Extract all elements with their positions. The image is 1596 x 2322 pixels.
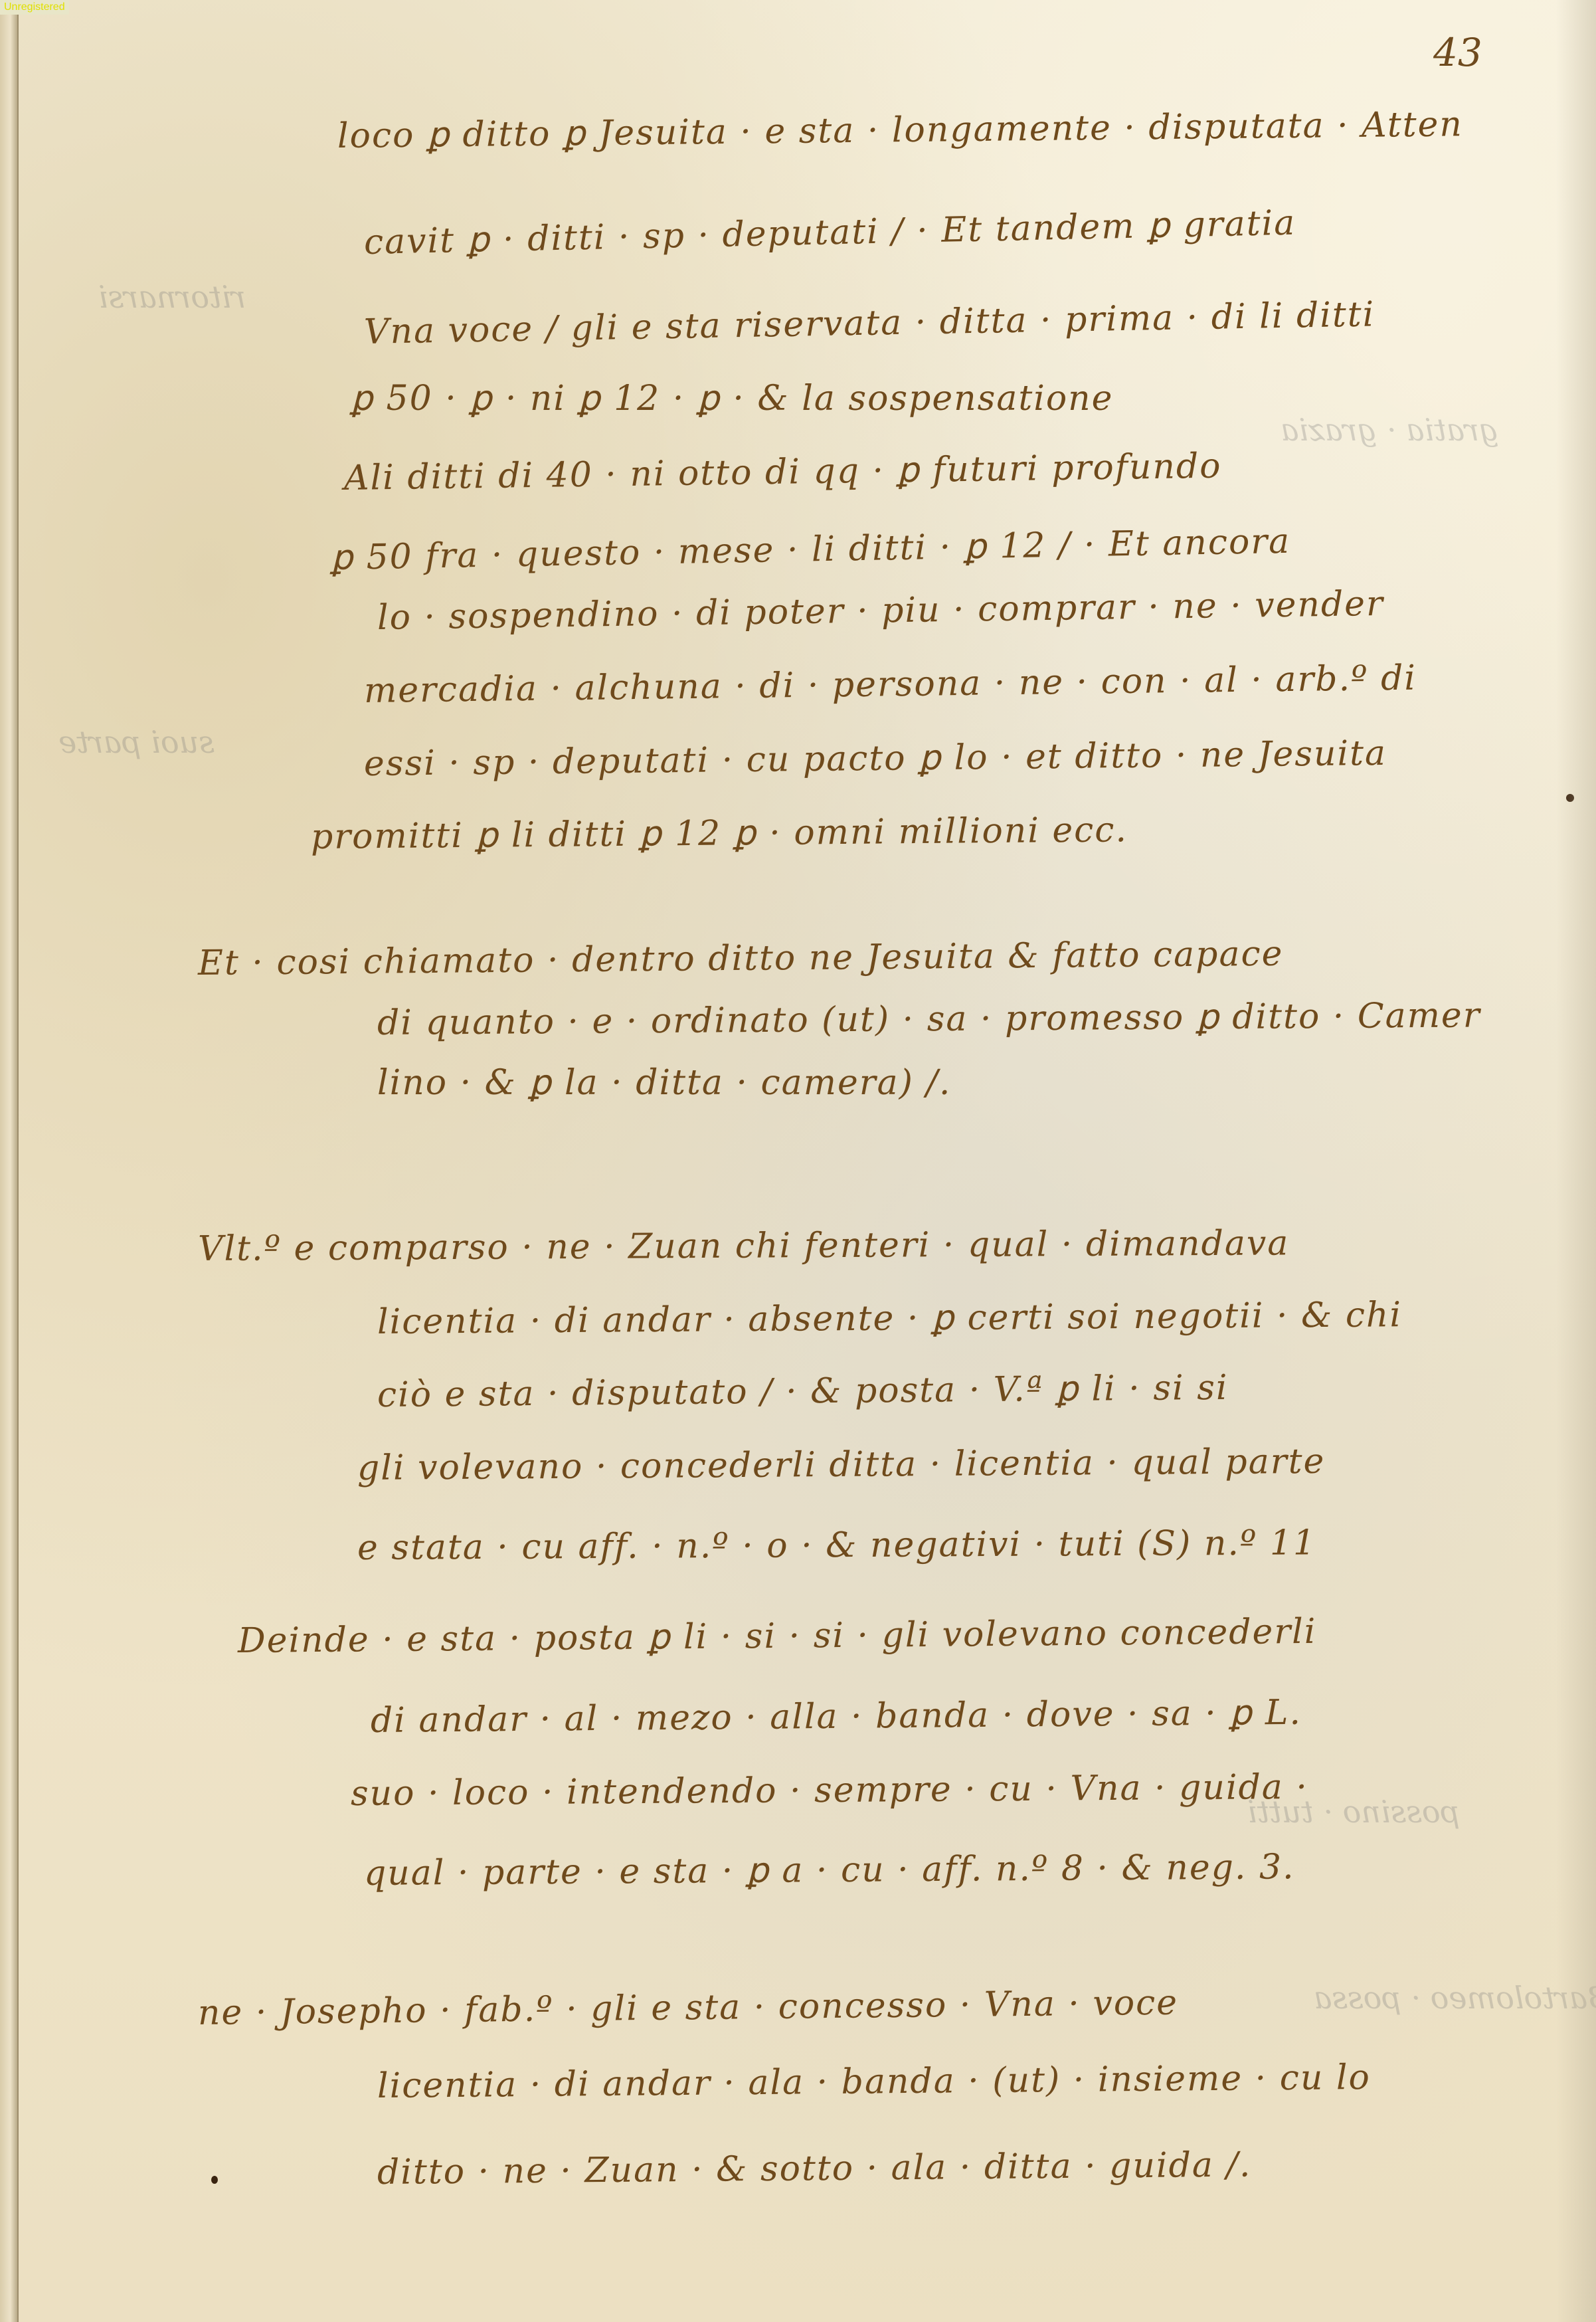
book-binding-edge — [0, 0, 19, 2322]
manuscript-line: ciò e sta · disputato / · & posta · V.ª … — [377, 1368, 1229, 1415]
manuscript-line: lo · sospendino · di poter · piu · compr… — [377, 584, 1385, 638]
manuscript-line: e stata · cu aff. · n.º · o · & negativi… — [357, 1523, 1316, 1568]
manuscript-line: ꝑ 50 fra · questo · mese · li ditti · ꝑ … — [330, 522, 1290, 578]
manuscript-line: Vlt.º e comparso · ne · Zuan chi fenteri… — [198, 1223, 1290, 1269]
manuscript-line: loco ꝑ ditto ꝑ Jesuita · e sta · longame… — [337, 104, 1463, 156]
ink-spot — [211, 2176, 218, 2184]
manuscript-line: di andar · al · mezo · alla · banda · do… — [371, 1693, 1302, 1741]
manuscript-line: ditto · ne · Zuan · & sotto · ala · ditt… — [377, 2145, 1252, 2192]
ink-spot — [1566, 794, 1574, 802]
manuscript-line: gli volevano · concederli ditta · licent… — [357, 1442, 1326, 1488]
bleed-through-text: gratia · grazia — [1281, 412, 1499, 448]
manuscript-line: qual · parte · e sta · ꝑ a · cu · aff. n… — [364, 1847, 1295, 1893]
manuscript-line: Ali ditti di 40 · ni otto di qq · ꝑ futu… — [344, 446, 1222, 498]
manuscript-line: licentia · di andar · ala · banda · (ut)… — [377, 2058, 1371, 2106]
manuscript-line: licentia · di andar · absente · ꝑ certi … — [377, 1295, 1402, 1342]
manuscript-line: cavit ꝑ · ditti · sp · deputati / · Et t… — [363, 203, 1296, 262]
manuscript-line: ꝑ 50 · ꝑ · ni ꝑ 12 · ꝑ · & la sospensati… — [351, 379, 1113, 419]
folio-number: 43 — [1433, 30, 1482, 75]
manuscript-line: Deinde · e sta · posta ꝑ li · si · si · … — [238, 1612, 1317, 1661]
manuscript-line: Vna voce / gli e sta riservata · ditta ·… — [363, 294, 1375, 352]
manuscript-line: essi · sp · deputati · cu pacto ꝑ lo · e… — [364, 733, 1387, 784]
manuscript-line: di quanto · e · ordinato (ut) · sa · pro… — [377, 995, 1481, 1043]
manuscript-page: suoi parte ritornarsi gratia · grazia po… — [19, 0, 1596, 2322]
bleed-through-text: Bartolomeo · possa — [1314, 1980, 1596, 2016]
unregistered-watermark: Unregistered — [0, 0, 69, 15]
manuscript-line: suo · loco · intendendo · sempre · cu · … — [351, 1767, 1308, 1814]
manuscript-line: Et · cosi chiamato · dentro ditto ne Jes… — [198, 934, 1284, 983]
bleed-through-text: ritornarsi — [98, 279, 246, 315]
manuscript-line: promitti ꝑ li ditti ꝑ 12 ꝑ · omni millio… — [311, 810, 1128, 857]
manuscript-line: mercadia · alchuna · di · persona · ne ·… — [364, 658, 1417, 711]
manuscript-line: lino · & ꝑ la · ditta · camera) /. — [377, 1063, 951, 1103]
manuscript-line: ne · Josepho · fab.º · gli e sta · conce… — [198, 1983, 1179, 2033]
bleed-through-text: suoi parte — [58, 724, 215, 760]
